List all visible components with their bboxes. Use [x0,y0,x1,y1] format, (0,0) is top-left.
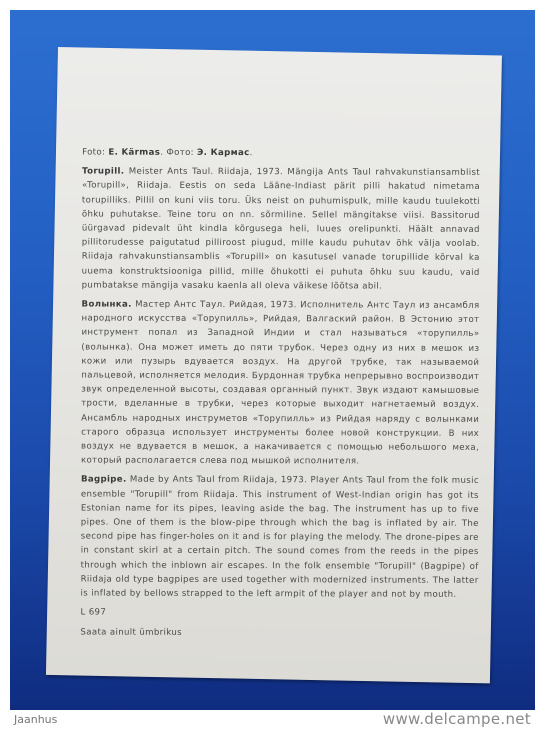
russian-body: Мастер Антс Таул. Рийдая, 1973. Исполнит… [81,300,480,467]
credit-label-ru: . Фото: [160,148,194,158]
credit-end: . [250,148,253,158]
estonian-body: Meister Ants Taul. Riidaja, 1973. Mängij… [82,167,480,292]
photo-background: Foto: E. Kärmas. Фото: Э. Кармас. Torupi… [10,10,535,710]
paragraph-english: Bagpipe. Made by Ants Taul from Riidaja,… [81,473,479,602]
english-title: Bagpipe. [81,475,127,485]
credit-name-et: E. Kärmas [108,148,160,158]
credit-label-et: Foto: [82,147,105,157]
estonian-title: Torupill. [82,167,124,177]
postcard-back: Foto: E. Kärmas. Фото: Э. Кармас. Torupi… [46,47,502,683]
english-body: Made by Ants Taul from Riidaja, 1973. Pl… [81,475,479,600]
catalog-code: L 697 [80,606,478,622]
photo-credit: Foto: E. Kärmas. Фото: Э. Кармас. [82,145,480,161]
russian-title: Волынка. [82,300,132,310]
site-watermark: www.delcampe.net [383,710,531,728]
paragraph-russian: Волынка. Мастер Антс Таул. Рийдая, 1973.… [81,298,480,470]
credit-name-ru: Э. Кармас [197,148,250,158]
seller-watermark: Jaanhus [14,713,57,726]
paragraph-estonian: Torupill. Meister Ants Taul. Riidaja, 19… [82,165,480,294]
caption-text-block: Foto: E. Kärmas. Фото: Э. Кармас. Torupi… [80,145,480,645]
footer-note: Saata ainult ümbrikus [80,625,478,641]
